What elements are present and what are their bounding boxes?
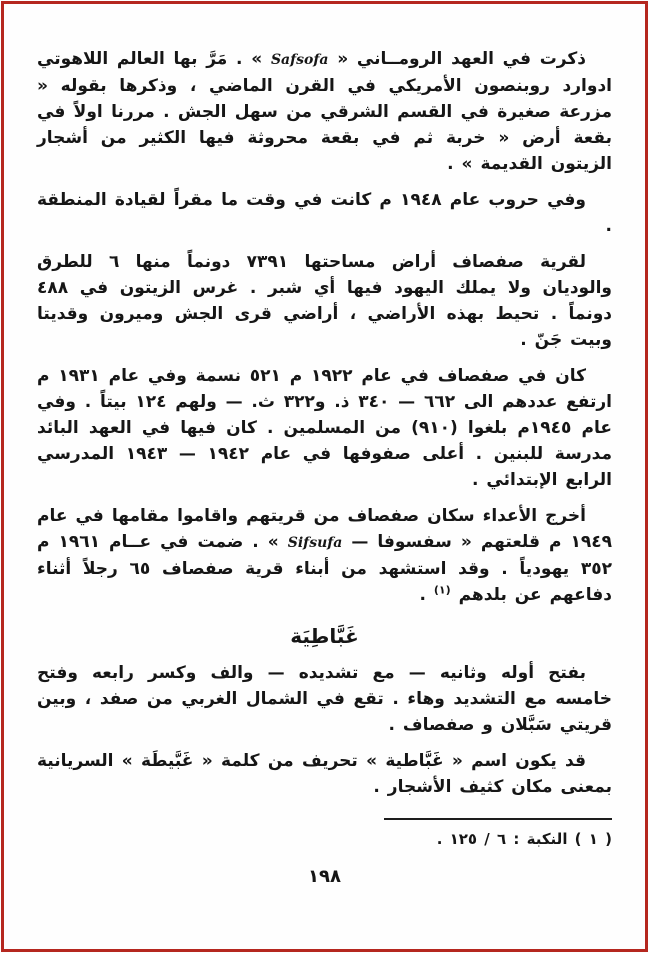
paragraph: لقرية صفصاف أراض مساحتها ٧٣٩١ دونماً منه… [37, 249, 612, 353]
paragraph: وفي حروب عام ١٩٤٨ م كانت في وقت ما مقراً… [37, 187, 612, 239]
latin-transliteration: Safsofa [271, 52, 329, 68]
latin-transliteration: Sifsufa [288, 535, 343, 551]
paragraph: أخرج الأعداء سكان صفصاف من قريتهم واقامو… [37, 503, 612, 608]
arabic-text-run: بفتح أوله وثانيه — مع تشديده — والف وكسر… [37, 663, 612, 735]
page-content: ذكرت في العهد الرومــاني « Safsofa » . م… [37, 46, 612, 887]
footnote-reference: (١) [434, 583, 451, 596]
arabic-text-run: . [419, 585, 433, 605]
paragraph: قد يكون اسم « غَبَّاطية » تحريف من كلمة … [37, 748, 612, 800]
section-heading: غَبَّاطِيَة [37, 624, 612, 648]
arabic-text-run: كان في صفصاف في عام ١٩٢٢ م ٥٢١ نسمة وفي … [37, 366, 612, 490]
footnote-divider [384, 818, 612, 820]
arabic-text-run: غَبَّاطِيَة [290, 624, 358, 648]
arabic-text-run: وفي حروب عام ١٩٤٨ م كانت في وقت ما مقراً… [37, 190, 612, 236]
paragraph: بفتح أوله وثانيه — مع تشديده — والف وكسر… [37, 660, 612, 738]
arabic-text-run: قد يكون اسم « غَبَّاطية » تحريف من كلمة … [37, 751, 612, 797]
paragraph: كان في صفصاف في عام ١٩٢٢ م ٥٢١ نسمة وفي … [37, 363, 612, 493]
arabic-text-run: ذكرت في العهد الرومــاني « [328, 49, 586, 69]
text-blocks: ذكرت في العهد الرومــاني « Safsofa » . م… [37, 46, 612, 800]
page-number: ١٩٨ [37, 866, 612, 887]
footnote: ( ١ ) النكبة : ٦ / ١٢٥ . [37, 830, 612, 848]
arabic-text-run: لقرية صفصاف أراض مساحتها ٧٣٩١ دونماً منه… [37, 252, 612, 350]
paragraph: ذكرت في العهد الرومــاني « Safsofa » . م… [37, 46, 612, 177]
